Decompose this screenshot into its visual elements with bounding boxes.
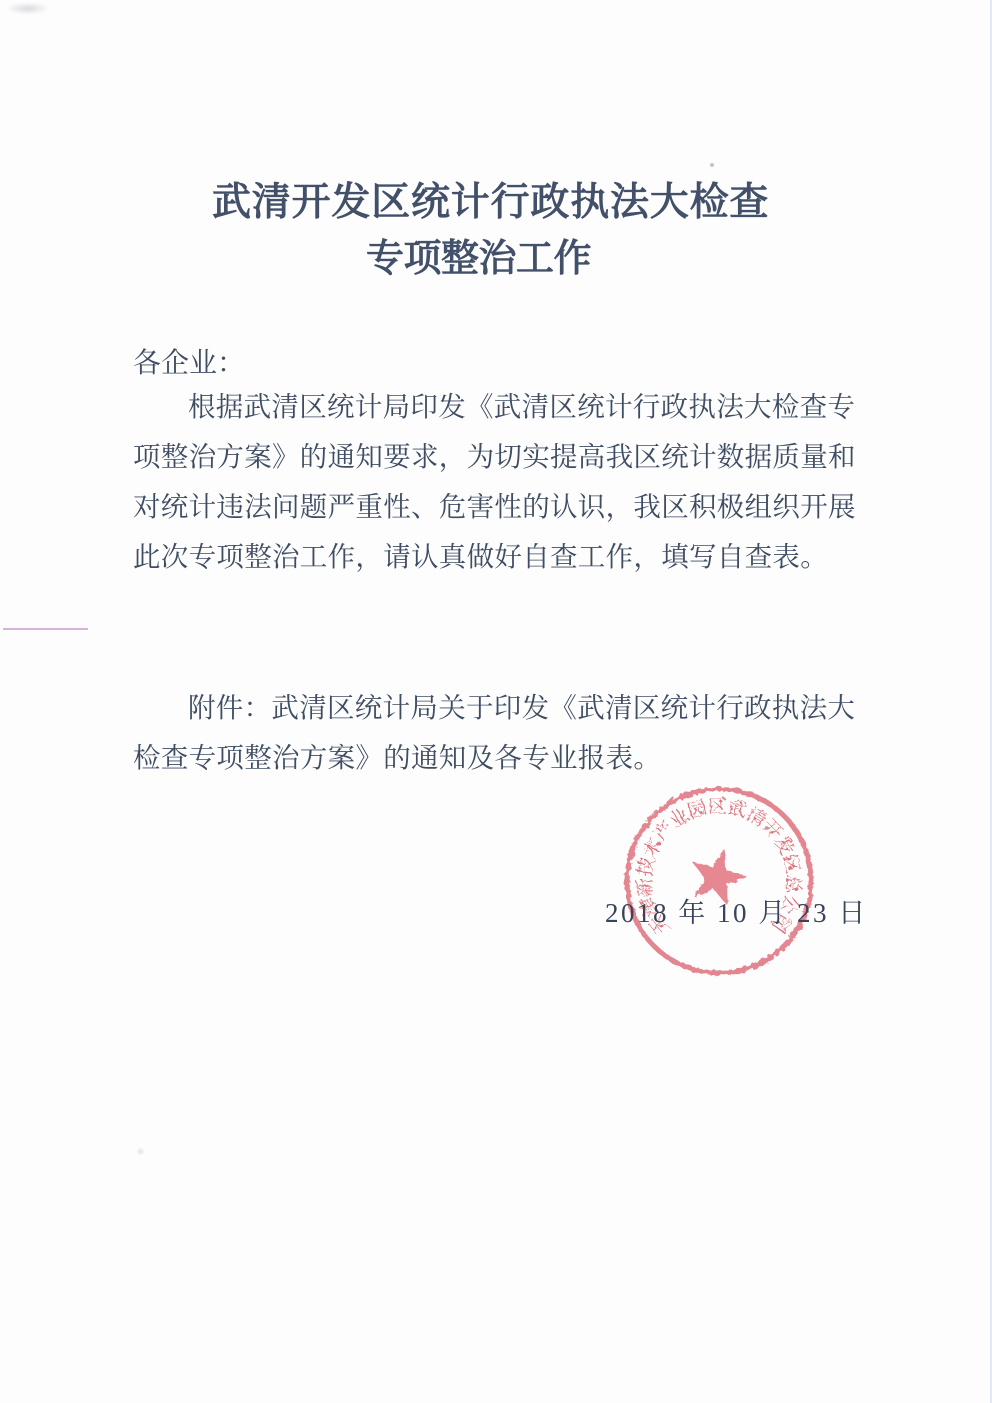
body-paragraph: 根据武清区统计局印发《武清区统计行政执法大检查专 项整治方案》的通知要求，为切实… xyxy=(133,382,853,582)
attachment-line: 附件：武清区统计局关于印发《武清区统计行政执法大 xyxy=(133,683,853,733)
paragraph-line: 项整治方案》的通知要求，为切实提高我区统计数据质量和 xyxy=(133,432,853,482)
scan-speck-near-title xyxy=(710,163,714,167)
paragraph-line: 根据武清区统计局印发《武清区统计行政执法大检查专 xyxy=(133,382,853,432)
salutation: 各企业： xyxy=(133,341,245,381)
document-page: 武清开发区统计行政执法大检查 专项整治工作 各企业： 根据武清区统计局印发《武清… xyxy=(0,0,992,1403)
official-seal: 天津新技术产业园区武清开发区总公司 xyxy=(609,771,829,991)
date-line: 2018 年 10 月 23 日 xyxy=(605,891,868,930)
margin-line xyxy=(3,628,88,630)
scan-smudge-top-left xyxy=(6,2,50,15)
paragraph-line: 此次专项整治工作，请认真做好自查工作，填写自查表。 xyxy=(133,532,853,582)
document-title-line-2: 专项整治工作 xyxy=(366,227,591,282)
paragraph-line: 对统计违法问题严重性、危害性的认识，我区积极组织开展 xyxy=(133,482,853,532)
scan-speck-bottom xyxy=(136,1147,145,1156)
document-title-line-1: 武清开发区统计行政执法大检查 xyxy=(212,171,769,227)
attachment-note: 附件：武清区统计局关于印发《武清区统计行政执法大 检查专项整治方案》的通知及各专… xyxy=(133,683,853,783)
